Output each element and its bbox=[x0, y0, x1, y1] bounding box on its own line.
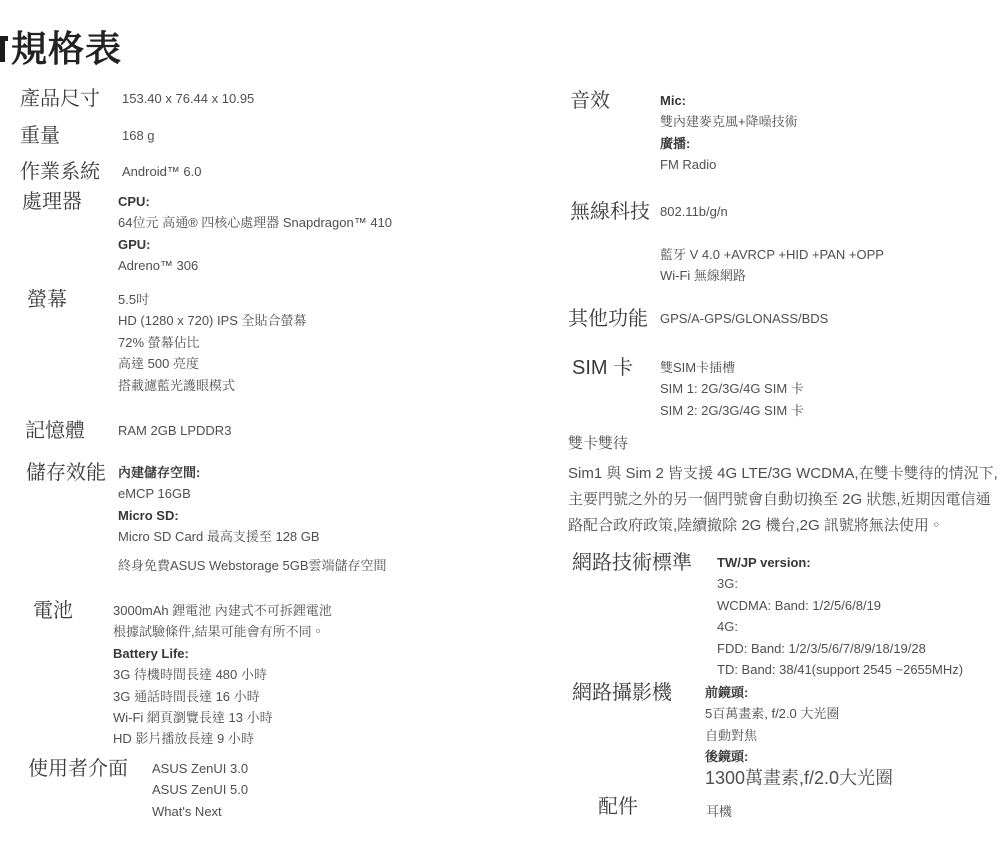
spec-row-ui: 使用者介面ASUS ZenUI 3.0ASUS ZenUI 5.0What's … bbox=[20, 758, 248, 822]
spec-value-line: CPU: bbox=[118, 191, 392, 212]
spec-value-line: 搭載濾藍光護眼模式 bbox=[118, 375, 307, 396]
spec-row-storage: 儲存效能內建儲存空間:eMCP 16GBMicro SD:Micro SD Ca… bbox=[20, 462, 387, 576]
spec-value-line: 72% 螢幕佔比 bbox=[118, 332, 307, 353]
spec-row-cam: 網路攝影機前鏡頭:5百萬畫素, f/2.0 大光圈自動對焦後鏡頭:1300萬畫素… bbox=[568, 682, 893, 789]
spec-row-label: 音效 bbox=[568, 90, 660, 112]
cropped-glyph-artifact bbox=[0, 36, 5, 62]
spec-value-line: Mic: bbox=[660, 90, 798, 111]
spec-row-label: 重量 bbox=[20, 125, 122, 147]
spec-value-line: 高達 500 亮度 bbox=[118, 353, 307, 374]
page-title: 規格表 bbox=[11, 27, 122, 71]
spec-row-label: 其他功能 bbox=[568, 308, 660, 330]
spec-value-line: 153.40 x 76.44 x 10.95 bbox=[122, 88, 254, 109]
spec-row-memory: 記憶體RAM 2GB LPDDR3 bbox=[20, 420, 231, 442]
spec-row-label: SIM 卡 bbox=[568, 357, 660, 379]
spec-value-line: 雙SIM卡插槽 bbox=[660, 357, 804, 378]
spec-value-line: 64位元 高通® 四核心處理器 Snapdragon™ 410 bbox=[118, 212, 392, 233]
spec-value-line: Battery Life: bbox=[113, 643, 332, 664]
spec-row-weight: 重量168 g bbox=[20, 125, 155, 147]
spec-value-line: Android™ 6.0 bbox=[122, 161, 202, 182]
spec-value-line: 1300萬畫素,f/2.0大光圈 bbox=[705, 768, 893, 789]
spec-row-label: 使用者介面 bbox=[20, 758, 152, 780]
spec-value-line: SIM 2: 2G/3G/4G SIM 卡 bbox=[660, 400, 804, 421]
spec-value-line bbox=[660, 222, 884, 243]
spec-value-line: HD (1280 x 720) IPS 全貼合螢幕 bbox=[118, 310, 307, 331]
spec-row-value: TW/JP version:3G:WCDMA: Band: 1/2/5/6/8/… bbox=[717, 552, 963, 680]
spec-value-line: 根據試驗條件,結果可能會有所不同。 bbox=[113, 621, 332, 642]
spec-value-line: 3G 通話時間長達 16 小時 bbox=[113, 686, 332, 707]
spec-value-line: 3000mAh 鋰電池 內建式不可拆鋰電池 bbox=[113, 600, 332, 621]
spec-value-line: 3G 待機時間長達 480 小時 bbox=[113, 664, 332, 685]
spec-row-value: 168 g bbox=[122, 125, 155, 146]
dual-sim-standby-note: Sim1 與 Sim 2 皆支援 4G LTE/3G WCDMA,在雙卡雙待的情… bbox=[568, 461, 1000, 539]
spec-value-line: 前鏡頭: bbox=[705, 682, 893, 703]
spec-row-value: 耳機 bbox=[706, 796, 732, 822]
spec-row-label: 配件 bbox=[568, 796, 706, 818]
spec-row-label: 電池 bbox=[20, 600, 113, 622]
spec-sheet-page: 規格表 雙卡雙待 Sim1 與 Sim 2 皆支援 4G LTE/3G WCDM… bbox=[0, 0, 1000, 842]
spec-row-wireless: 無線科技802.11b/g/n藍牙 V 4.0 +AVRCP +HID +PAN… bbox=[568, 201, 884, 287]
spec-value-line: SIM 1: 2G/3G/4G SIM 卡 bbox=[660, 378, 804, 399]
spec-row-other: 其他功能GPS/A-GPS/GLONASS/BDS bbox=[568, 308, 828, 330]
spec-row-label: 儲存效能 bbox=[20, 462, 118, 484]
spec-row-label: 產品尺寸 bbox=[20, 88, 122, 110]
spec-value-line: FDD: Band: 1/2/3/5/6/7/8/9/18/19/28 bbox=[717, 638, 963, 659]
spec-row-value: 雙SIM卡插槽SIM 1: 2G/3G/4G SIM 卡SIM 2: 2G/3G… bbox=[660, 357, 804, 421]
spec-row-acc: 配件耳機 bbox=[568, 796, 732, 822]
spec-row-value: 5.5吋HD (1280 x 720) IPS 全貼合螢幕72% 螢幕佔比高達 … bbox=[118, 289, 307, 396]
spec-row-label: 無線科技 bbox=[568, 201, 660, 223]
spec-value-line: 168 g bbox=[122, 125, 155, 146]
spec-value-line: 802.11b/g/n bbox=[660, 201, 884, 222]
spec-value-line: Micro SD: bbox=[118, 505, 387, 526]
spec-value-line: Adreno™ 306 bbox=[118, 255, 392, 276]
spec-row-label: 螢幕 bbox=[20, 289, 118, 311]
spec-row-value: 3000mAh 鋰電池 內建式不可拆鋰電池根據試驗條件,結果可能會有所不同。Ba… bbox=[113, 600, 332, 750]
spec-value-line: What's Next bbox=[152, 801, 248, 822]
spec-value-line: ASUS ZenUI 3.0 bbox=[152, 758, 248, 779]
spec-value-line: 藍牙 V 4.0 +AVRCP +HID +PAN +OPP bbox=[660, 244, 884, 265]
spec-value-line: 自動對焦 bbox=[705, 725, 893, 746]
spec-value-line: RAM 2GB LPDDR3 bbox=[118, 420, 231, 441]
spec-row-value: 前鏡頭:5百萬畫素, f/2.0 大光圈自動對焦後鏡頭:1300萬畫素,f/2.… bbox=[705, 682, 893, 789]
spec-row-netstd: 網路技術標準TW/JP version:3G:WCDMA: Band: 1/2/… bbox=[568, 552, 963, 680]
spec-row-os: 作業系統Android™ 6.0 bbox=[20, 161, 202, 183]
spec-row-value: Mic:雙內建麥克風+降噪技術廣播:FM Radio bbox=[660, 90, 798, 176]
spec-value-line: 內建儲存空間: bbox=[118, 462, 387, 483]
spec-value-line: TW/JP version: bbox=[717, 552, 963, 573]
spec-row-value: 內建儲存空間:eMCP 16GBMicro SD:Micro SD Card 最… bbox=[118, 462, 387, 576]
spec-row-value: 153.40 x 76.44 x 10.95 bbox=[122, 88, 254, 109]
spec-row-audio: 音效Mic:雙內建麥克風+降噪技術廣播:FM Radio bbox=[568, 90, 798, 176]
spec-value-line: WCDMA: Band: 1/2/5/6/8/19 bbox=[717, 595, 963, 616]
spec-value-line: FM Radio bbox=[660, 154, 798, 175]
spec-value-line: ASUS ZenUI 5.0 bbox=[152, 779, 248, 800]
spec-value-line: GPU: bbox=[118, 234, 392, 255]
dual-sim-standby-heading: 雙卡雙待 bbox=[568, 433, 628, 454]
spec-row-dims: 產品尺寸153.40 x 76.44 x 10.95 bbox=[20, 88, 254, 110]
spec-row-value: Android™ 6.0 bbox=[122, 161, 202, 182]
spec-value-line: 廣播: bbox=[660, 133, 798, 154]
spec-row-cpu: 處理器CPU:64位元 高通® 四核心處理器 Snapdragon™ 410GP… bbox=[20, 191, 392, 277]
spec-value-line: 耳機 bbox=[706, 796, 732, 822]
spec-row-value: CPU:64位元 高通® 四核心處理器 Snapdragon™ 410GPU:A… bbox=[118, 191, 392, 277]
spec-value-line: 終身免費ASUS Webstorage 5GB雲端儲存空間 bbox=[118, 555, 387, 576]
spec-value-line: 5.5吋 bbox=[118, 289, 307, 310]
spec-value-line: Wi-Fi 無線網路 bbox=[660, 265, 884, 286]
spec-value-line: TD: Band: 38/41(support 2545 ~2655MHz) bbox=[717, 659, 963, 680]
spec-value-line: eMCP 16GB bbox=[118, 483, 387, 504]
spec-value-line: 4G: bbox=[717, 616, 963, 637]
spec-row-label: 網路攝影機 bbox=[568, 682, 705, 704]
spec-row-label: 處理器 bbox=[20, 191, 118, 213]
spec-value-line: 5百萬畫素, f/2.0 大光圈 bbox=[705, 703, 893, 724]
spec-value-line: Micro SD Card 最高支援至 128 GB bbox=[118, 526, 387, 547]
spec-row-value: GPS/A-GPS/GLONASS/BDS bbox=[660, 308, 828, 329]
spec-row-label: 記憶體 bbox=[20, 420, 118, 442]
spec-row-battery: 電池3000mAh 鋰電池 內建式不可拆鋰電池根據試驗條件,結果可能會有所不同。… bbox=[20, 600, 332, 750]
spec-row-sim: SIM 卡雙SIM卡插槽SIM 1: 2G/3G/4G SIM 卡SIM 2: … bbox=[568, 357, 804, 421]
spec-row-screen: 螢幕5.5吋HD (1280 x 720) IPS 全貼合螢幕72% 螢幕佔比高… bbox=[20, 289, 307, 396]
spec-row-label: 網路技術標準 bbox=[568, 552, 717, 574]
spec-value-line: 3G: bbox=[717, 573, 963, 594]
spec-row-value: ASUS ZenUI 3.0ASUS ZenUI 5.0What's Next bbox=[152, 758, 248, 822]
spec-value-line: 雙內建麥克風+降噪技術 bbox=[660, 111, 798, 132]
spec-value-line: GPS/A-GPS/GLONASS/BDS bbox=[660, 308, 828, 329]
spec-row-label: 作業系統 bbox=[20, 161, 122, 183]
spec-row-value: RAM 2GB LPDDR3 bbox=[118, 420, 231, 441]
spec-value-line: HD 影片播放長達 9 小時 bbox=[113, 728, 332, 749]
spec-value-line: Wi-Fi 網頁瀏覽長達 13 小時 bbox=[113, 707, 332, 728]
spec-value-line: 後鏡頭: bbox=[705, 746, 893, 767]
spec-row-value: 802.11b/g/n藍牙 V 4.0 +AVRCP +HID +PAN +OP… bbox=[660, 201, 884, 287]
